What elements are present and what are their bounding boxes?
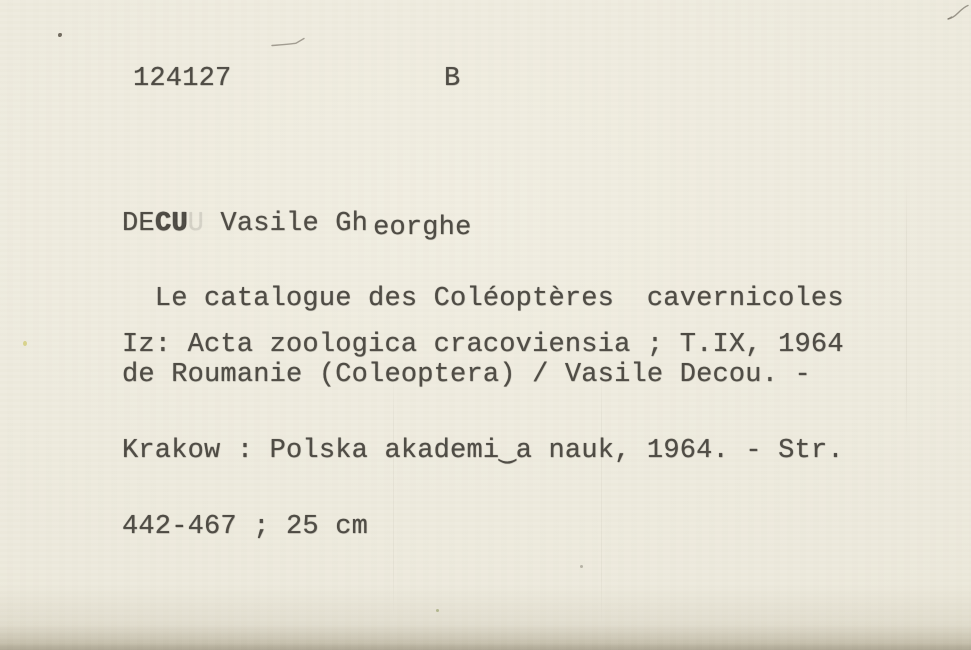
author-heading-start: DE	[122, 209, 155, 239]
paper-crease	[906, 180, 907, 440]
classification-letter: B	[444, 67, 460, 92]
author-heading-rest: Vasile Gh	[204, 209, 368, 239]
call-number: 124127	[133, 67, 231, 92]
entry-line-collation: 442-467 ; 25 cm	[122, 515, 844, 540]
ink-dot-mark	[58, 33, 62, 37]
author-heading-ghost-strike: U	[188, 209, 204, 239]
bibliographic-entry: DECUU Vasile Gheorghe Le catalogue des C…	[122, 161, 844, 591]
author-heading-overstruck: CU	[155, 209, 188, 239]
paper-speck	[23, 341, 27, 346]
pencil-dash-mark	[271, 37, 309, 49]
catalog-card: 124127 B DECUU Vasile Gheorghe Le catalo…	[0, 0, 971, 650]
entry-line-responsibility: de Roumanie (Coleoptera) / Vasile Decou.…	[122, 363, 844, 388]
entry-line-title: Le catalogue des Coléoptères cavernicole…	[122, 287, 844, 312]
source-note: Iz: Acta zoologica cracoviensia ; T.IX, …	[122, 333, 844, 358]
pencil-check-mark	[946, 4, 971, 22]
author-heading: DECUU Vasile Gheorghe	[122, 212, 844, 237]
entry-line-imprint: Krakow : Polska akademi‿a nauk, 1964. - …	[122, 439, 844, 464]
paper-speck	[436, 609, 439, 612]
author-heading-typed-correction: eorghe	[373, 213, 471, 243]
